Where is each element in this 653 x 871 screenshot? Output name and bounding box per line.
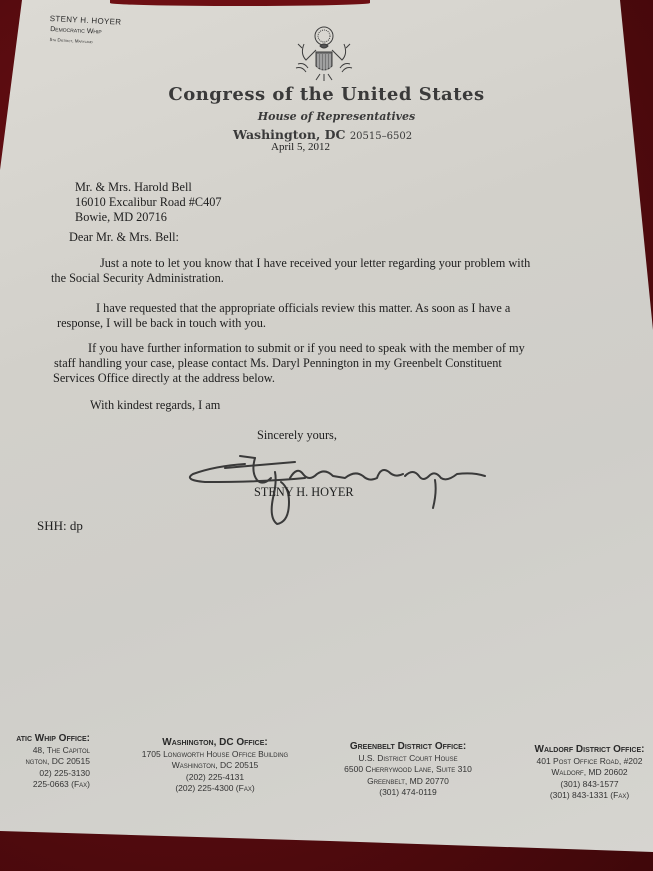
fabric-fold bbox=[110, 0, 370, 6]
letter-date: April 5, 2012 bbox=[271, 141, 330, 153]
whip-header: STENY H. HOYER Democratic Whip 5th Distr… bbox=[49, 14, 122, 46]
letterhead-city: Washington, DC bbox=[233, 127, 345, 142]
footer-greenbelt-office: Greenbelt District Office: U.S. District… bbox=[338, 741, 478, 799]
letterhead-congress: Congress of the United States bbox=[0, 84, 653, 105]
paragraph-2: I have requested that the appropriate of… bbox=[60, 301, 510, 331]
reference-initials: SHH: dp bbox=[37, 518, 83, 534]
sign-off: Sincerely yours, bbox=[257, 428, 337, 443]
paragraph-1: Just a note to let you know that I have … bbox=[64, 256, 530, 286]
letterhead-address: Washington, DC 20515–6502 bbox=[233, 127, 412, 142]
letterhead-house: House of Representatives bbox=[0, 110, 653, 123]
footer-washington-office: Washington, DC Office: 1705 Longworth Ho… bbox=[135, 737, 295, 795]
closing-line: With kindest regards, I am bbox=[90, 398, 220, 413]
paragraph-3: If you have further information to submi… bbox=[52, 341, 525, 386]
great-seal-eagle-icon bbox=[290, 24, 358, 86]
signer-name: STENY H. HOYER bbox=[254, 485, 354, 500]
footer-whip-office: atic Whip Office: 48, The Capitol ngton,… bbox=[0, 733, 90, 791]
salutation: Dear Mr. & Mrs. Bell: bbox=[69, 230, 179, 245]
letterhead-zip: 20515–6502 bbox=[350, 131, 412, 142]
recipient-address: Mr. & Mrs. Harold Bell 16010 Excalibur R… bbox=[75, 180, 222, 225]
footer-waldorf-office: Waldorf District Office: 401 Post Office… bbox=[522, 744, 653, 802]
recipient-street: 16010 Excalibur Road #C407 bbox=[75, 195, 222, 210]
recipient-name: Mr. & Mrs. Harold Bell bbox=[75, 180, 222, 195]
whip-title: Democratic Whip bbox=[49, 26, 121, 37]
recipient-city: Bowie, MD 20716 bbox=[75, 210, 222, 225]
